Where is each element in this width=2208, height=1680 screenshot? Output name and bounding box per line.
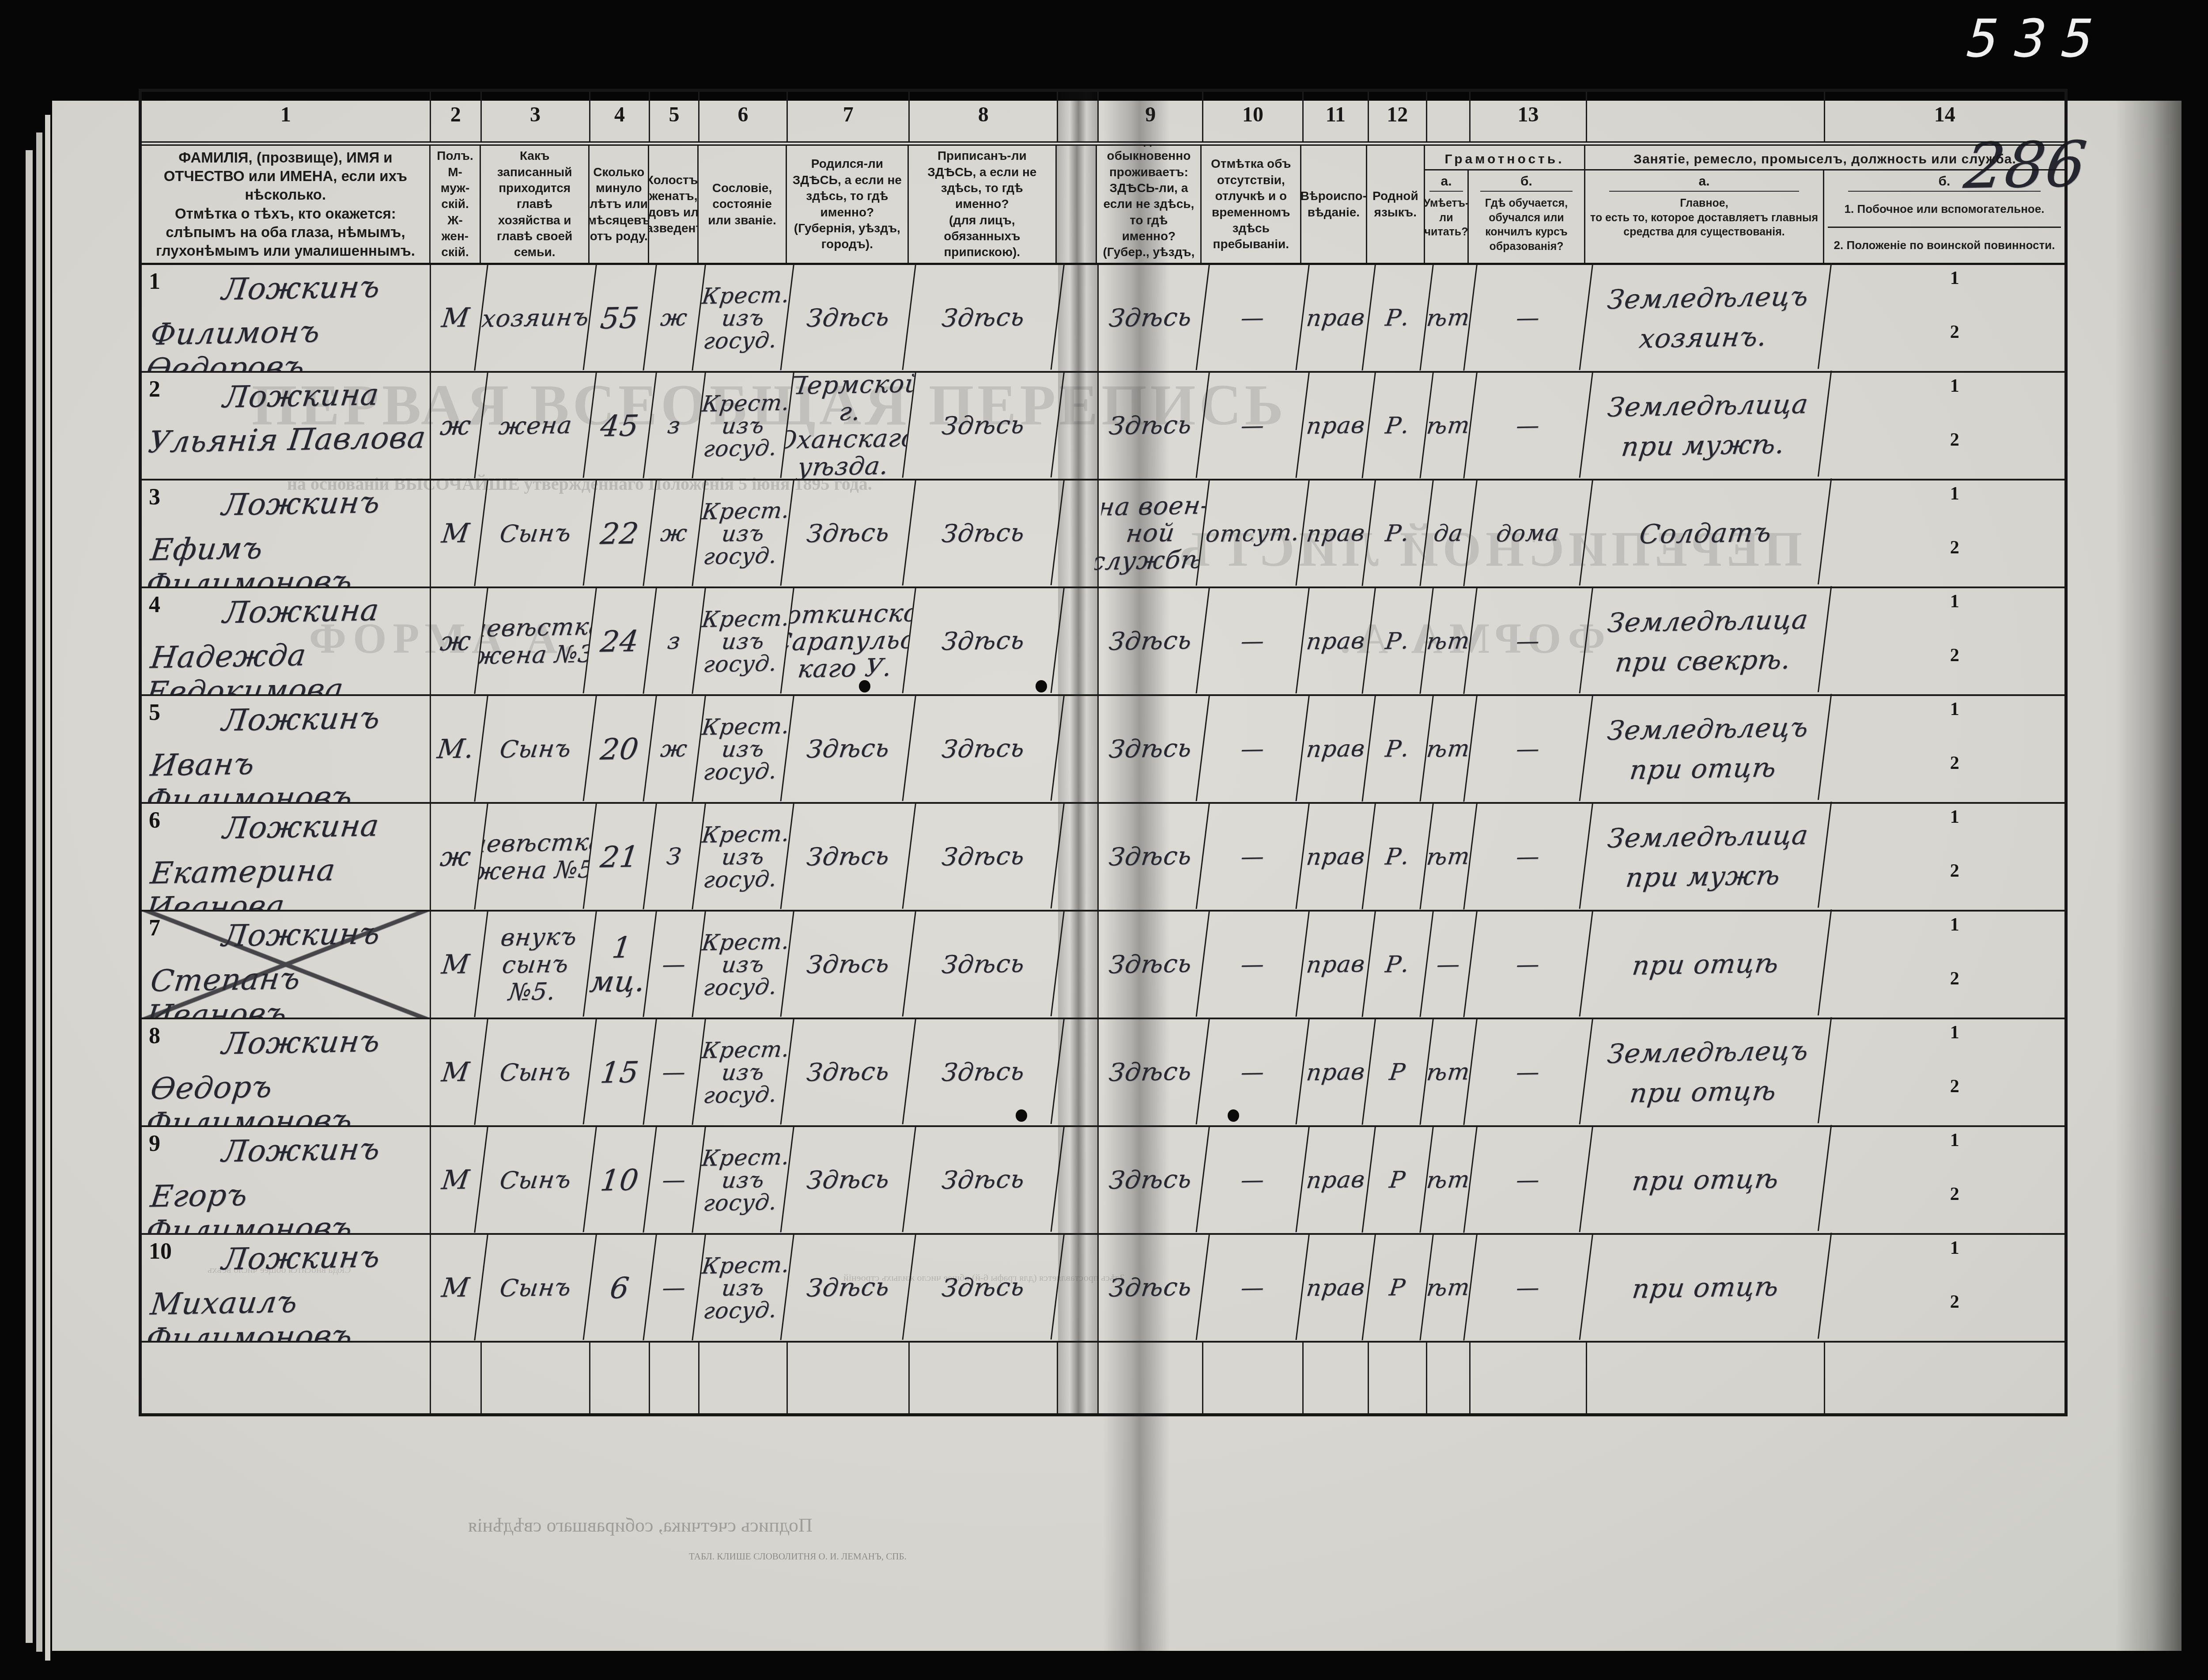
sub-description: 2. Положеніе по воинской повинности. — [1828, 228, 2061, 263]
given-name: Филимонъ Ѳедоровъ — [142, 312, 431, 371]
cell-relation: Сынъ — [475, 1234, 597, 1342]
cell-residence: Здѣсь — [1092, 372, 1210, 480]
surname: Ложкинъ — [142, 1023, 431, 1063]
cell-absence-note: — — [1197, 1234, 1310, 1342]
cell-estate: Крест. изъ госуд. — [693, 1234, 794, 1341]
cell-occupation-secondary: 12 — [1825, 1235, 2064, 1341]
col-occupation-title: Занятіе, ремесло, промыселъ, должность и… — [1585, 146, 2064, 170]
cell-residence: Здѣсь — [1092, 695, 1210, 803]
sub-label: б. — [1848, 170, 2040, 192]
cell-registration: Здѣсь — [903, 910, 1065, 1019]
cell-religion: прав — [1297, 265, 1376, 372]
cell-religion: прав — [1297, 911, 1376, 1018]
cell-absence-note: — — [1197, 372, 1310, 480]
table-row: 3ЛожкинъЕфимъ ФилимоновъМСынъ22жКрест. и… — [142, 481, 2064, 588]
col-description: Родной языкъ. — [1367, 146, 1425, 263]
cell-relation: жена — [475, 372, 597, 480]
cell-birthplace: Здѣсь — [781, 911, 916, 1019]
cell-relation: хозяинъ — [475, 264, 597, 372]
cell-residence: Здѣсь — [1092, 1018, 1210, 1126]
given-name: Надежда Евдокимова — [142, 636, 431, 694]
col-number: 6 — [699, 92, 788, 141]
cell-occupation-secondary: 12 — [1825, 373, 2064, 479]
table-row: 2ЛожкинаУльянія Павловажжена45зКрест. из… — [142, 373, 2064, 481]
binding-gap — [1058, 588, 1099, 694]
cell-estate: Крест. изъ госуд. — [693, 911, 794, 1018]
sub-number: 1 — [1950, 699, 1959, 720]
cell-relation: Сынъ — [475, 695, 597, 803]
surname: Ложкинъ — [142, 484, 431, 524]
sub-number: 2 — [1950, 645, 1959, 666]
cell-residence: Здѣсь — [1092, 803, 1210, 911]
cell-birthplace: Здѣсь — [781, 480, 916, 588]
cell-religion: прав — [1297, 1234, 1376, 1342]
cell-residence: на воен- ной службѣ — [1092, 480, 1210, 587]
cell-education: — — [1464, 911, 1593, 1019]
cell-residence: Здѣсь — [1092, 264, 1210, 372]
sub-number: 2 — [1950, 860, 1959, 882]
col-literacy-a: а.Умѣетъ-ли читать? — [1425, 170, 1469, 263]
cell-education: дома — [1464, 480, 1593, 588]
stacked-page-edge — [45, 115, 50, 1661]
cell-birthplace: Пермской г. Оханскаго уѣзда. — [781, 372, 916, 480]
col-occupation-a: а.Главное, то есть то, которое доставляе… — [1585, 170, 1824, 263]
cell-estate: Крест. изъ госуд. — [693, 1018, 794, 1126]
cell-occupation-secondary: 12 — [1825, 481, 2064, 586]
cell-relation: Сынъ — [475, 1018, 597, 1126]
sub-number: 2 — [1950, 968, 1959, 989]
scanned-census-page: { "film_counter": "535", "folio_number":… — [0, 0, 2208, 1680]
col-number: 9 — [1099, 92, 1203, 141]
table-row: 8ЛожкинъѲедоръ ФилимоновъМСынъ15—Крест. … — [142, 1019, 2064, 1127]
col-number: 7 — [788, 92, 910, 141]
cell-birthplace: Здѣсь — [781, 1126, 916, 1234]
census-table: 1234567891011121314ФАМИЛІЯ, (прозвище), … — [139, 89, 2068, 1416]
cell-education: — — [1464, 372, 1593, 480]
cell-absence-note: — — [1197, 587, 1310, 695]
cell-name: 6ЛожкинаЕкатерина Иванова — [142, 804, 431, 910]
cell-relation: Сынъ — [475, 1126, 597, 1234]
col-literacy-title: Грамотность. — [1425, 146, 1584, 170]
cell-birthplace: Здѣсь — [781, 1234, 916, 1342]
given-name: Ефимъ Филимоновъ — [142, 528, 431, 586]
sub-label: б. — [1480, 170, 1573, 192]
cell-estate: Крест. изъ госуд. — [693, 264, 794, 371]
cell-occupation-secondary: 12 — [1825, 1019, 2064, 1125]
cell-residence: Здѣсь — [1092, 1234, 1210, 1342]
sub-label: а. — [1429, 170, 1463, 192]
surname: Ложкинъ — [142, 700, 431, 739]
cell-residence: Здѣсь — [1092, 1126, 1210, 1234]
sub-number: 1 — [1950, 806, 1959, 828]
cell-religion: прав — [1297, 696, 1376, 803]
cell-religion: прав — [1297, 803, 1376, 911]
table-filler-row — [142, 1343, 2064, 1413]
cell-name: 2ЛожкинаУльянія Павлова — [142, 373, 431, 479]
col-description: Сколько минуло лѣтъ или мѣсяцевъ отъ род… — [590, 146, 649, 263]
col-number — [1427, 92, 1471, 141]
cell-education: — — [1464, 1018, 1593, 1127]
col-description: Приписанъ-ли ЗДѢСЬ, а если не здѣсь, то … — [909, 146, 1057, 263]
given-name: Егоръ Филимоновъ — [142, 1174, 431, 1233]
cell-birthplace: Воткинской Сарапульс- каго У. — [781, 587, 916, 696]
cell-absence-note: — — [1197, 911, 1310, 1018]
surname: Ложкинъ — [142, 915, 431, 955]
binding-gap — [1058, 92, 1099, 141]
binding-gap — [1058, 1127, 1099, 1233]
surname: Ложкина — [142, 376, 431, 416]
cell-name: 1ЛожкинъФилимонъ Ѳедоровъ — [142, 265, 431, 371]
col-occupation-b: б.1. Побочное или вспомогательное.2. Пол… — [1824, 170, 2064, 263]
surname: Ложкина — [142, 592, 431, 632]
table-row: 7ЛожкинъСтепанъ ИвановъМвнукъ сынъ №5.1 … — [142, 912, 2064, 1019]
cell-name: 9ЛожкинъЕгоръ Филимоновъ — [142, 1127, 431, 1233]
cell-estate: Крест. изъ госуд. — [693, 480, 794, 587]
col-number: 14 — [1825, 92, 2064, 141]
cell-registration: Здѣсь — [903, 479, 1065, 588]
cell-occupation-secondary: 12 — [1825, 1127, 2064, 1233]
col-number: 2 — [431, 92, 482, 141]
col-number: 11 — [1304, 92, 1369, 141]
col-description: ФАМИЛІЯ, (прозвище), ИМЯ и ОТЧЕСТВО или … — [142, 146, 431, 263]
sub-number: 1 — [1950, 591, 1959, 612]
cell-birthplace: Здѣсь — [781, 803, 916, 911]
table-row: 1ЛожкинъФилимонъ ѲедоровъМхозяинъ55жКрес… — [142, 265, 2064, 373]
binding-gap — [1057, 146, 1097, 263]
surname: Ложкинъ — [142, 1238, 431, 1278]
cell-registration: Здѣсь — [903, 1018, 1065, 1127]
cell-occupation-secondary: 12 — [1825, 804, 2064, 910]
cell-occupation-main: Земледѣлецъ при отцѣ — [1580, 694, 1832, 804]
cell-education: — — [1464, 264, 1593, 372]
cell-relation: Сынъ — [475, 480, 597, 587]
cell-occupation-main: Земледѣлица при мужѣ — [1580, 802, 1832, 912]
cell-occupation-secondary: 12 — [1825, 912, 2064, 1018]
col-description: Родился-ли ЗДѢСЬ, а если не здѣсь, то гд… — [787, 146, 909, 263]
cell-name: 4ЛожкинаНадежда Евдокимова — [142, 588, 431, 694]
cell-birthplace: Здѣсь — [781, 264, 916, 372]
cell-education: — — [1464, 1234, 1593, 1342]
cell-education: — — [1464, 803, 1593, 911]
cell-religion: прав — [1297, 372, 1376, 480]
binding-gap — [1058, 265, 1099, 371]
col-description: Полъ. М-муж-скій. Ж-жен-скій. — [431, 146, 481, 263]
col-description: Какъ записанный приходится главѣ хозяйст… — [481, 146, 590, 263]
col-description: Отмѣтка объ отсутствіи, отлучкѣ и о врем… — [1202, 146, 1301, 263]
cell-registration: Здѣсь — [903, 371, 1065, 480]
sub-description: Гдѣ обучается, обучался или кончилъ курс… — [1469, 192, 1584, 258]
cell-occupation-main: Земледѣлица при мужѣ. — [1580, 371, 1832, 481]
printer-imprint: ТАБЛ. КЛИШЕ СЛОВОЛИТНЯ О. И. ЛЕМАНЪ, СПБ… — [689, 1551, 907, 1562]
surname: Ложкинъ — [142, 1131, 431, 1170]
binding-gap — [1058, 1343, 1099, 1413]
col-number: 10 — [1203, 92, 1303, 141]
cell-registration: Здѣсь — [903, 587, 1065, 696]
cell-occupation-main: при отцѣ — [1580, 1125, 1832, 1235]
cell-religion: прав — [1297, 480, 1376, 587]
page-curl-shadow — [2115, 101, 2182, 1651]
stacked-page-edge — [36, 132, 42, 1652]
sub-number: 1 — [1950, 1237, 1959, 1259]
col-number: 3 — [482, 92, 590, 141]
col-number: 1 — [142, 92, 431, 141]
col-literacy-b: б.Гдѣ обучается, обучался или кончилъ ку… — [1469, 170, 1584, 263]
sub-number: 2 — [1950, 1291, 1959, 1313]
cell-relation: невѣстка жена №5 — [475, 803, 597, 911]
cell-estate: Крест. изъ госуд. — [693, 1126, 794, 1234]
sub-description: Умѣетъ-ли читать? — [1420, 192, 1473, 244]
cell-absence-note: — — [1197, 695, 1310, 803]
cell-occupation-main: Земледѣлецъ хозяинъ. — [1580, 263, 1832, 373]
table-row: 5ЛожкинъИванъ ФилимоновъМ.Сынъ20жКрест. … — [142, 696, 2064, 804]
cell-estate: Крест. изъ госуд. — [693, 695, 794, 802]
cell-relation: внукъ сынъ №5. — [475, 911, 597, 1018]
col-occupation-block: Занятіе, ремесло, промыселъ, должность и… — [1585, 146, 2064, 263]
surname: Ложкина — [142, 807, 431, 847]
sub-number: 2 — [1950, 429, 1959, 450]
cell-registration: Здѣсь — [903, 1234, 1065, 1342]
cell-registration: Здѣсь — [903, 695, 1065, 803]
sub-number: 2 — [1950, 1076, 1959, 1097]
sub-number: 1 — [1950, 375, 1959, 397]
sub-number: 1 — [1950, 914, 1959, 935]
cell-estate: Крест. изъ госуд. — [693, 803, 794, 910]
sub-number: 1 — [1950, 268, 1959, 289]
cell-occupation-secondary: 12 — [1825, 588, 2064, 694]
table-header-descriptions: ФАМИЛІЯ, (прозвище), ИМЯ и ОТЧЕСТВО или … — [142, 146, 2064, 265]
surname: Ложкинъ — [142, 269, 431, 308]
cell-absence-note: отсут. — [1197, 480, 1310, 587]
sub-description: 1. Побочное или вспомогательное. — [1828, 192, 2061, 228]
cell-name: 7ЛожкинъСтепанъ Ивановъ — [142, 912, 431, 1018]
binding-gap — [1058, 481, 1099, 586]
sub-description: Главное, то есть то, которое доставляетъ… — [1585, 192, 1823, 244]
sub-number: 2 — [1950, 537, 1959, 558]
col-number: 5 — [650, 92, 699, 141]
given-name: Михаилъ Филимоновъ — [142, 1282, 431, 1341]
col-number: 13 — [1471, 92, 1587, 141]
given-name: Екатерина Иванова — [142, 851, 431, 910]
given-name: Иванъ Филимоновъ — [142, 743, 431, 802]
given-name: Степанъ Ивановъ — [142, 959, 431, 1018]
sub-number: 1 — [1950, 1022, 1959, 1043]
sub-number: 1 — [1950, 1130, 1959, 1151]
cell-occupation-main: Солдатъ — [1580, 478, 1832, 588]
cell-religion: прав — [1297, 588, 1376, 695]
given-name: Ульянія Павлова — [142, 420, 431, 460]
stacked-page-edge — [26, 150, 33, 1643]
cell-name: 8ЛожкинъѲедоръ Филимоновъ — [142, 1019, 431, 1125]
table-row: 9ЛожкинъЕгоръ ФилимоновъМСынъ10—Крест. и… — [142, 1127, 2064, 1235]
cell-religion: прав — [1297, 1019, 1376, 1126]
cell-occupation-main: Земледѣлица при свекрѣ. — [1580, 586, 1832, 696]
cell-education: — — [1464, 1126, 1593, 1234]
film-frame-counter: 535 — [1960, 8, 2117, 69]
cell-name: 10ЛожкинъМихаилъ Филимоновъ — [142, 1235, 431, 1341]
cell-estate: Крест. изъ госуд. — [693, 587, 794, 695]
table-row: 4ЛожкинаНадежда Евдокимоважневѣстка жена… — [142, 588, 2064, 696]
cell-registration: Здѣсь — [903, 802, 1065, 911]
cell-occupation-secondary: 12 — [1825, 696, 2064, 802]
cell-occupation-secondary: 12 — [1825, 265, 2064, 371]
binding-gap — [1058, 1019, 1099, 1125]
col-description: Холостъ, женатъ, вдовъ или разведенъ. — [649, 146, 699, 263]
binding-gap — [1058, 804, 1099, 910]
cell-residence: Здѣсь — [1092, 587, 1210, 695]
col-number: 8 — [910, 92, 1058, 141]
sub-number: 2 — [1950, 753, 1959, 774]
cell-residence: Здѣсь — [1092, 911, 1210, 1018]
sub-label: а. — [1609, 170, 1799, 192]
col-number: 4 — [590, 92, 650, 141]
header-double-rule — [142, 141, 2064, 146]
cell-education: — — [1464, 587, 1593, 696]
cell-registration: Здѣсь — [903, 1126, 1065, 1234]
binding-gap — [1058, 912, 1099, 1018]
sub-number: 1 — [1950, 483, 1959, 504]
table-row: 6ЛожкинаЕкатерина Ивановажневѣстка жена … — [142, 804, 2064, 912]
sub-number: 2 — [1950, 322, 1959, 343]
col-description: Вѣроиспо-вѣданіе. — [1301, 146, 1367, 263]
cell-registration: Здѣсь — [903, 264, 1065, 372]
col-number — [1587, 92, 1825, 141]
cell-name: 5ЛожкинъИванъ Филимоновъ — [142, 696, 431, 802]
cell-birthplace: Здѣсь — [781, 695, 916, 803]
cell-birthplace: Здѣсь — [781, 1018, 916, 1127]
binding-gap — [1058, 373, 1099, 479]
cell-estate: Крест. изъ госуд. — [693, 372, 794, 479]
col-number: 12 — [1369, 92, 1427, 141]
cell-religion: прав — [1297, 1127, 1376, 1234]
cell-name: 3ЛожкинъЕфимъ Филимоновъ — [142, 481, 431, 586]
sub-number: 2 — [1950, 1184, 1959, 1205]
binding-gap — [1058, 696, 1099, 802]
cell-relation: невѣстка жена №3 — [475, 587, 597, 695]
cell-absence-note: — — [1197, 1018, 1310, 1126]
col-description: Гдѣ обыкновенно проживаетъ: ЗДѢСЬ-ли, а … — [1097, 146, 1202, 263]
cell-occupation-main: при отцѣ — [1580, 909, 1832, 1019]
given-name: Ѳедоръ Филимоновъ — [142, 1067, 431, 1125]
cell-absence-note: — — [1197, 264, 1310, 372]
cell-occupation-main: Земледѣлецъ при отцѣ — [1580, 1017, 1832, 1127]
cell-absence-note: — — [1197, 803, 1310, 911]
cell-education: — — [1464, 695, 1593, 803]
binding-gap — [1058, 1235, 1099, 1341]
cell-absence-note: — — [1197, 1126, 1310, 1234]
table-header-numbers: 1234567891011121314 — [142, 92, 2064, 141]
col-literacy-block: Грамотность.а.Умѣетъ-ли читать?б.Гдѣ обу… — [1425, 146, 1585, 263]
cell-occupation-main: при отцѣ — [1580, 1233, 1832, 1343]
col-description: Сословіе, состояніе или званіе. — [699, 146, 787, 263]
table-row: 10ЛожкинъМихаилъ ФилимоновъМСынъ6—Крест.… — [142, 1235, 2064, 1343]
